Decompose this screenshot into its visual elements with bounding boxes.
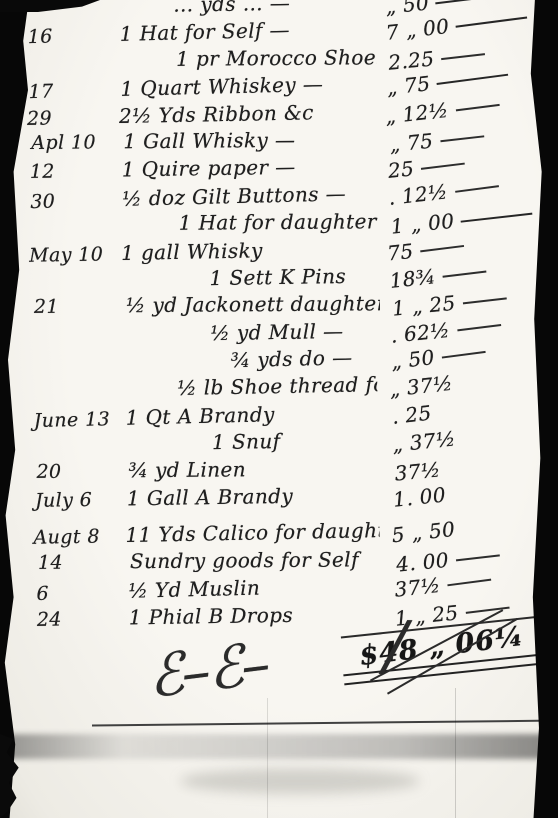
entry-item: 1 pr Morocco Shoes: [122, 44, 376, 73]
entry-item: 1 gall Whisky: [121, 235, 375, 267]
entry-item: 1 Hat for Self —: [119, 15, 374, 48]
entry-item: 1 Gall A Brandy: [127, 481, 381, 512]
entry-item: 1 Qt A Brandy: [125, 398, 380, 431]
faint-column-rule: [455, 688, 456, 818]
entry-date: [31, 370, 125, 372]
scanned-ledger-page: … yds … —„ 50 161 Hat for Self —7 „ 00 1…: [0, 0, 558, 818]
entry-item: ½ yd Jackonett daughter: [126, 291, 380, 320]
scan-smudge-band: [0, 734, 558, 759]
fold-line: [92, 720, 558, 727]
entry-date: May 10: [27, 241, 122, 270]
entry-date: Apl 10: [29, 129, 123, 157]
entry-item: 11 Yds Calico for daughter: [125, 518, 379, 550]
signature-flourish: ℰ–ℰ– /: [144, 629, 272, 711]
entry-date: [31, 230, 125, 231]
faint-column-rule: [267, 698, 268, 818]
entry-date: 17: [26, 77, 121, 106]
film-edge-bottom-left: [0, 734, 22, 818]
entry-date: [25, 12, 119, 13]
entry-date: June 13: [31, 406, 126, 435]
entry-date: [30, 286, 124, 287]
entry-item: 1 Snuf: [126, 427, 380, 458]
entry-date: [32, 451, 126, 452]
entry-date: July 6: [33, 486, 127, 514]
flourish-tail-stroke: /: [384, 607, 406, 684]
entry-item: ½ yd Mull —: [124, 317, 378, 348]
entry-date: 21: [32, 294, 126, 322]
scan-smudge-soft: [180, 768, 420, 794]
flourish-mark: ℰ–ℰ–: [144, 629, 272, 711]
entry-item: 1 Quire paper —: [122, 153, 376, 184]
entry-item: Sundry goods for Self: [130, 546, 384, 575]
entry-item: 2½ Yds Ribbon &c: [119, 98, 373, 130]
total-block: $48 „ 06¼: [341, 619, 544, 682]
entry-date: [29, 396, 123, 398]
entry-date: 6: [34, 579, 129, 608]
entry-item: ¾ yd Linen: [128, 455, 382, 484]
entry-item: 1 Hat for daughter: [125, 208, 379, 237]
entry-item: 1 Gall Whisky —: [123, 126, 377, 155]
ledger-entries: … yds … —„ 50 161 Hat for Self —7 „ 00 1…: [25, 0, 535, 633]
entry-item: 1 Phial B Drops: [129, 600, 383, 631]
entry-date: [30, 341, 124, 342]
entry-date: [28, 66, 122, 67]
entry-item: 1 Sett K Pins: [123, 262, 377, 293]
entry-date: 24: [35, 605, 129, 633]
entry-date: 12: [28, 158, 122, 186]
entry-date: 14: [36, 549, 130, 577]
entry-date: 20: [34, 458, 128, 486]
